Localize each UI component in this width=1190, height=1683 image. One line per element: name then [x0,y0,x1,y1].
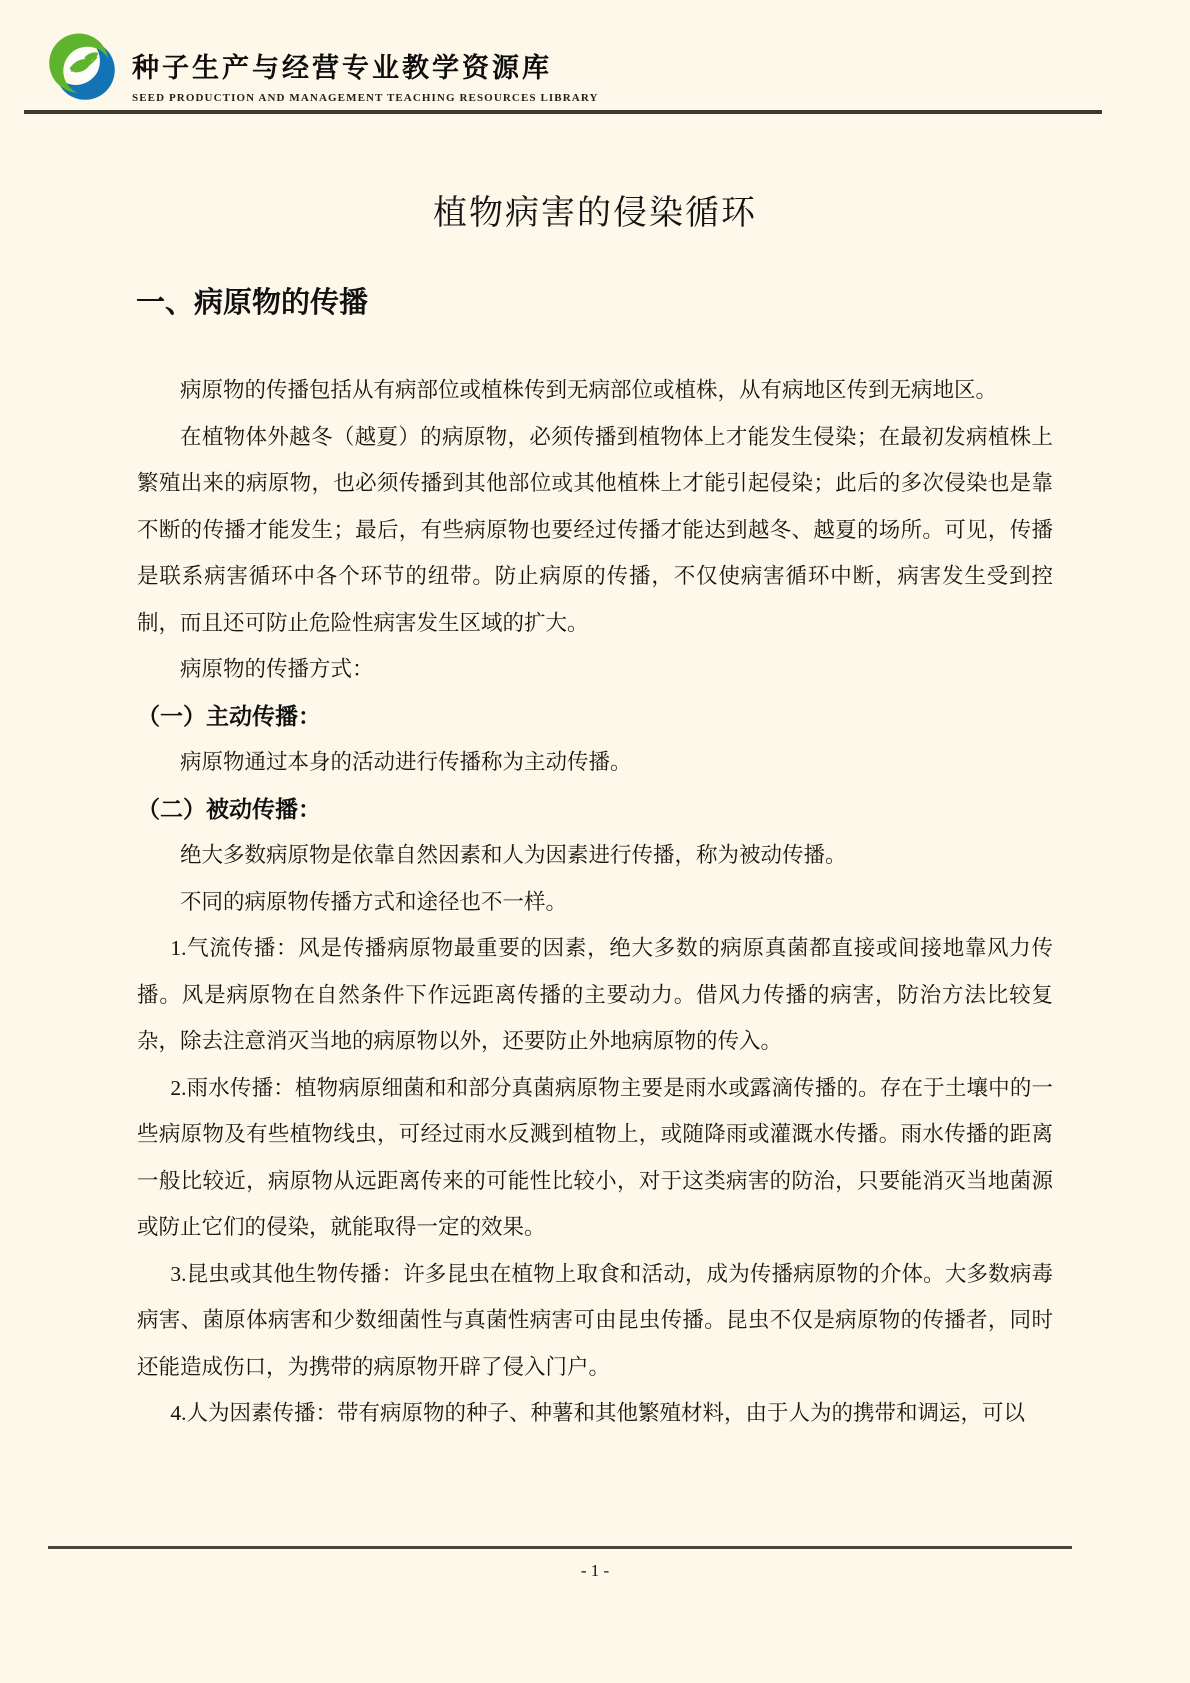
page: 种子生产与经营专业教学资源库 SEED PRODUCTION AND MANAG… [0,0,1190,1683]
brand-logo-icon [42,28,122,106]
header-divider [24,110,1102,114]
brand-title: 种子生产与经营专业教学资源库 [132,46,599,85]
section-heading: 一、病原物的传播 [136,283,1052,323]
document-body: 病原物的传播包括从有病部位或植株传到无病部位或植株，从有病地区传到无病地区。在植… [137,367,1053,1437]
paragraph: 1.气流传播：风是传播病原物最重要的因素，绝大多数的病原真菌都直接或间接地靠风力… [137,925,1053,1065]
paragraph: 病原物的传播方式： [137,646,1053,693]
paragraph: 绝大多数病原物是依靠自然因素和人为因素进行传播，称为被动传播。 [137,832,1053,879]
paragraph: 3.昆虫或其他生物传播：许多昆虫在植物上取食和活动，成为传播病原物的介体。大多数… [137,1251,1053,1391]
brand-text: 种子生产与经营专业教学资源库 SEED PRODUCTION AND MANAG… [132,46,599,104]
document-title: 植物病害的侵染循环 [137,192,1053,234]
footer-divider [48,1546,1072,1549]
paragraph: 不同的病原物传播方式和途径也不一样。 [137,879,1053,926]
paragraph: 2.雨水传播：植物病原细菌和和部分真菌病原物主要是雨水或露滴传播的。存在于土壤中… [137,1065,1053,1251]
page-number: - 1 - [0,1558,1190,1584]
sub-heading: （二）被动传播： [137,786,1053,833]
paragraph: 4.人为因素传播：带有病原物的种子、种薯和其他繁殖材料，由于人为的携带和调运，可… [137,1390,1053,1437]
sub-heading: （一）主动传播： [137,693,1053,740]
paragraph: 病原物的传播包括从有病部位或植株传到无病部位或植株，从有病地区传到无病地区。 [137,367,1053,414]
brand-subtitle: SEED PRODUCTION AND MANAGEMENT TEACHING … [132,92,599,104]
paragraph: 病原物通过本身的活动进行传播称为主动传播。 [137,739,1053,786]
paragraph: 在植物体外越冬（越夏）的病原物，必须传播到植物体上才能发生侵染；在最初发病植株上… [137,414,1053,647]
